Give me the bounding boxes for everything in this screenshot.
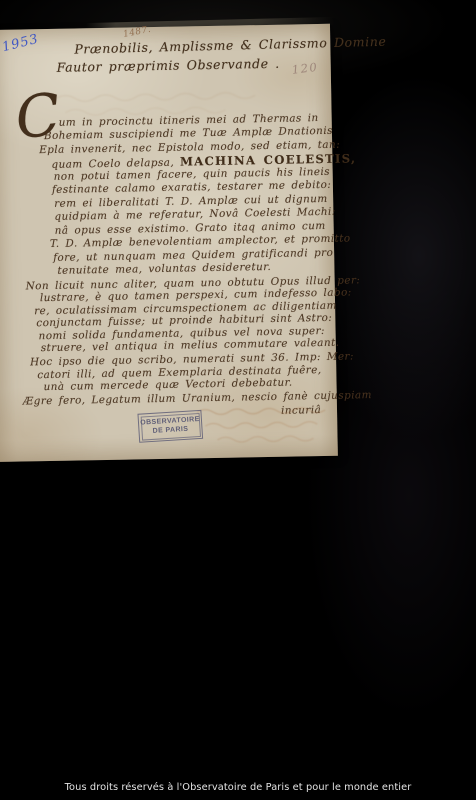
- ink-bleedthrough-faint: [53, 85, 284, 119]
- observatoire-stamp: OBSERVATOIRE DE PARIS: [137, 410, 203, 443]
- copyright-caption: Tous droits réservés à l'Observatoire de…: [0, 782, 476, 793]
- letter-line: tenuitate mea, voluntas desideretur.: [57, 261, 271, 277]
- stamp-inner-border: [140, 412, 200, 440]
- ink-bleedthrough: [195, 402, 336, 453]
- annotation-catalog-number: 1487.: [122, 25, 152, 40]
- letter-page: 1487. 120 Prænobilis, Amplissme & Claris…: [0, 24, 338, 462]
- manuscript-photo: 1953 1487. 120 Prænobilis, Amplissme & C…: [0, 0, 476, 800]
- annotation-folio-number: 120: [291, 60, 319, 77]
- salutation-line-2: Fautor præprimis Observande .: [57, 56, 280, 75]
